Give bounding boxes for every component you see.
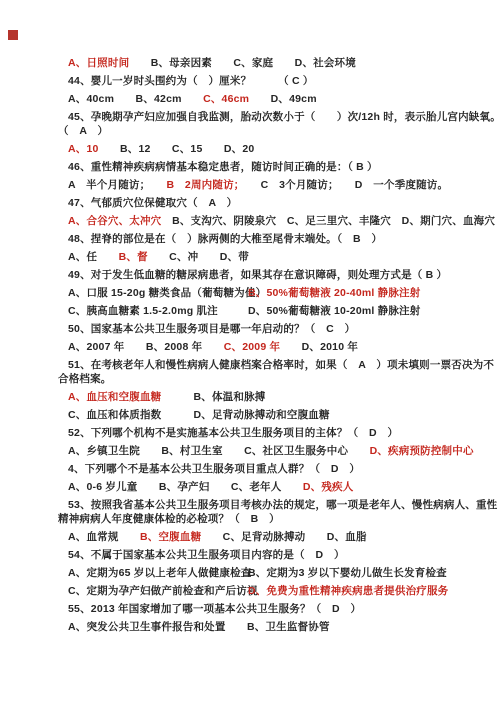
text-segment: 精神病病人年度健康体检的必检项？（ B ） [58,513,280,525]
text-segment: B、12 C、15 D、20 [99,143,255,155]
text-segment: 55、2013 年国家增加了哪一项基本公共卫生服务？（ D ） [68,603,361,615]
quiz-line: A、突发公共卫生事件报告和处置 B、卫生监督协管 [58,618,488,636]
quiz-line: 55、2013 年国家增加了哪一项基本公共卫生服务？（ D ） [58,600,488,618]
quiz-line: A、2007 年 B、2008 年 C、2009 年 D、2010 年 [58,338,488,356]
quiz-line: 4、下列哪个不是基本公共卫生服务项目重点人群？（ D ） [58,460,488,478]
text-segment: 46、重性精神疾病病情基本稳定患者，随访时间正确的是：（ B ） [68,161,378,173]
text-segment: 4、下列哪个不是基本公共卫生服务项目重点人群？（ D ） [68,463,360,475]
text-segment: B、体温和脉搏 [161,391,265,403]
text-segment: C、血压和体质指数 D、足背动脉搏动和空腹血糖 [68,409,330,421]
text-segment: A、0-6 岁儿童 B、孕产妇 C、老年人 [68,481,303,493]
text-segment: B、定期为3 岁以下婴幼儿做生长发育检查 [248,564,447,582]
answer-highlight: A、日照时间 [68,57,129,69]
text-segment: （ A ） [58,125,108,137]
text-segment: 48、捏脊的部位是在（ ）脉两侧的大椎至尾骨末端处。（ B ） [68,233,382,245]
answer-highlight: B、50%葡萄糖液 20-40ml 静脉注射 [248,284,420,302]
quiz-line: 精神病病人年度健康体检的必检项？（ B ） [58,510,488,528]
quiz-line: 54、不属于国家基本公共卫生服务项目内容的是（ D ） [58,546,488,564]
text-segment: B、母亲因素 C、家庭 D、社会环境 [129,57,356,69]
answer-highlight: D、疾病预防控制中心 [370,445,474,457]
answer-highlight: A、合谷穴、太冲穴 [68,215,161,227]
red-square-marker [8,30,18,40]
quiz-line: 44、婴儿一岁时头围约为（ ）厘米？ （ C ） [58,72,488,90]
text-segment: A 半个月随访； [68,179,166,191]
text-segment: A、定期为65 岁以上老年人做健康检查 [68,567,251,579]
quiz-line: 52、下列哪个机构不是实施基本公共卫生服务项目的主体？（ D ） [58,424,488,442]
answer-highlight: D、免费为重性精神疾病患者提供治疗服务 [248,582,448,600]
answer-highlight: B、空腹血糖 [140,531,201,543]
answer-highlight: C、2009 年 [224,341,280,353]
quiz-line: A、任 B、督 C、冲 D、带 [58,248,488,266]
quiz-content: A、日照时间 B、母亲因素 C、家庭 D、社会环境44、婴儿一岁时头围约为（ ）… [58,54,488,636]
document-page: A、日照时间 B、母亲因素 C、家庭 D、社会环境44、婴儿一岁时头围约为（ ）… [0,0,500,707]
text-segment: A、乡镇卫生院 B、村卫生室 C、社区卫生服务中心 [68,445,370,457]
quiz-line: C、定期为孕产妇做产前检查和产后访视D、免费为重性精神疾病患者提供治疗服务 [58,582,488,600]
text-segment: D、49cm [249,93,317,105]
quiz-line: （ A ） [58,122,488,140]
quiz-line: A、日照时间 B、母亲因素 C、家庭 D、社会环境 [58,54,488,72]
quiz-line: 49、对于发生低血糖的糖尿病患者，如果其存在意识障碍，则处理方式是（ B ） [58,266,488,284]
quiz-line: A 半个月随访； B 2周内随访； C 3个月随访； D 一个季度随访。 [58,176,488,194]
quiz-line: 50、国家基本公共卫生服务项目是哪一年启动的？（ C ） [58,320,488,338]
text-segment: 52、下列哪个机构不是实施基本公共卫生服务项目的主体？（ D ） [68,427,398,439]
quiz-line: A、40cm B、42cm C、46cm D、49cm [58,90,488,108]
quiz-line: C、胰高血糖素 1.5-2.0mg 肌注D、50%葡萄糖液 10-20ml 静脉… [58,302,488,320]
quiz-line: C、血压和体质指数 D、足背动脉搏动和空腹血糖 [58,406,488,424]
answer-highlight: B、督 [119,251,148,263]
text-segment: C、胰高血糖素 1.5-2.0mg 肌注 [68,305,218,317]
text-segment: A、口服 15-20g 糖类食品（葡萄糖为佳） [68,287,266,299]
text-segment: 50、国家基本公共卫生服务项目是哪一年启动的？（ C ） [68,323,355,335]
text-segment: B、支沟穴、阴陵泉穴 C、足三里穴、丰隆穴 D、期门穴、血海穴 [161,215,495,227]
quiz-line: A、0-6 岁儿童 B、孕产妇 C、老年人 D、残疾人 [58,478,488,496]
text-segment: 49、对于发生低血糖的糖尿病患者，如果其存在意识障碍，则处理方式是（ B ） [68,269,447,281]
text-segment: 44、婴儿一岁时头围约为（ ）厘米？ （ C ） [68,75,314,87]
text-segment: D、2010 年 [280,341,358,353]
text-segment: C、足背动脉搏动 D、血脂 [201,531,366,543]
text-segment: C、冲 D、带 [148,251,249,263]
text-segment: C 3个月随访； D 一个季度随访。 [239,179,448,191]
answer-highlight: D、残疾人 [303,481,354,493]
answer-highlight: A、10 [68,143,99,155]
quiz-line: 48、捏脊的部位是在（ ）脉两侧的大椎至尾骨末端处。（ B ） [58,230,488,248]
text-segment: C、定期为孕产妇做产前检查和产后访视 [68,585,258,597]
text-segment: A、血常规 [68,531,140,543]
quiz-line: 合格档案。 [58,370,488,388]
quiz-line: A、血压和空腹血糖 B、体温和脉搏 [58,388,488,406]
quiz-line: A、合谷穴、太冲穴 B、支沟穴、阴陵泉穴 C、足三里穴、丰隆穴 D、期门穴、血海… [58,212,488,230]
text-segment: 47、气郁质穴位保健取穴（ A ） [68,197,237,209]
quiz-line: A、血常规 B、空腹血糖 C、足背动脉搏动 D、血脂 [58,528,488,546]
quiz-line: A、10 B、12 C、15 D、20 [58,140,488,158]
text-segment: D、50%葡萄糖液 10-20ml 静脉注射 [248,302,420,320]
text-segment: A、40cm B、42cm [68,93,203,105]
quiz-line: A、定期为65 岁以上老年人做健康检查B、定期为3 岁以下婴幼儿做生长发育检查 [58,564,488,582]
text-segment: 54、不属于国家基本公共卫生服务项目内容的是（ D ） [68,549,345,561]
quiz-line: A、口服 15-20g 糖类食品（葡萄糖为佳）B、50%葡萄糖液 20-40ml… [58,284,488,302]
text-segment: A、突发公共卫生事件报告和处置 B、卫生监督协管 [68,621,330,633]
answer-highlight: C、46cm [203,93,249,105]
text-segment: A、2007 年 B、2008 年 [68,341,224,353]
text-segment: 合格档案。 [58,373,112,385]
quiz-line: 46、重性精神疾病病情基本稳定患者，随访时间正确的是：（ B ） [58,158,488,176]
answer-highlight: B 2周内随访； [166,179,239,191]
text-segment: A、任 [68,251,119,263]
quiz-line: A、乡镇卫生院 B、村卫生室 C、社区卫生服务中心 D、疾病预防控制中心 [58,442,488,460]
answer-highlight: A、血压和空腹血糖 [68,391,161,403]
quiz-line: 47、气郁质穴位保健取穴（ A ） [58,194,488,212]
